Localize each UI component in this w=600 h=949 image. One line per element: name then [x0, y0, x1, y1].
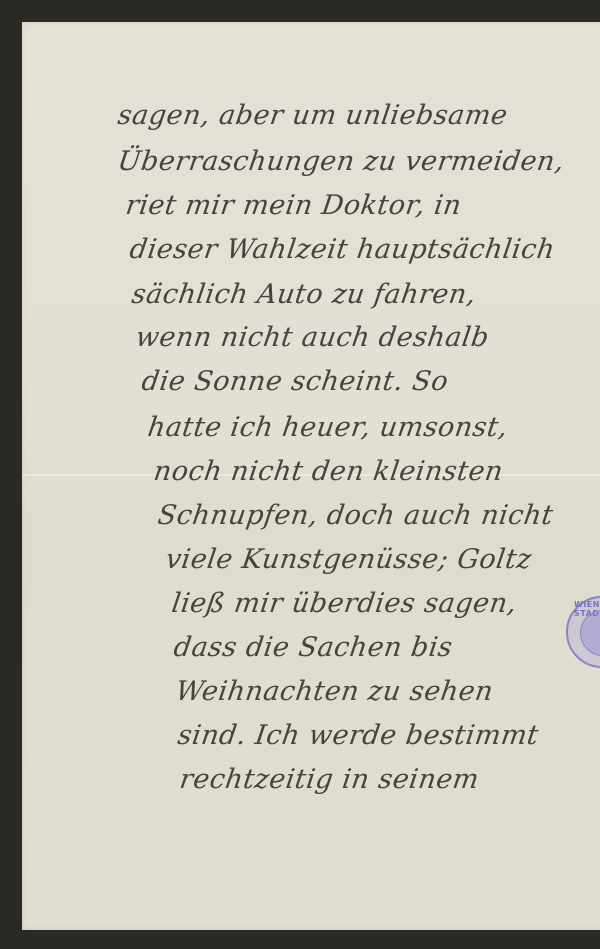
text-line: riet mir mein Doktor, in	[124, 190, 464, 221]
text-line: sagen, aber um unliebsame	[116, 100, 510, 131]
text-line: Schnupfen, doch auch nicht	[156, 500, 556, 531]
text-line: Weihnachten zu sehen	[174, 676, 495, 707]
text-line: hatte ich heuer, umsonst,	[146, 412, 510, 443]
text-line: sind. Ich werde bestimmt	[176, 720, 541, 751]
text-line: dass die Sachen bis	[172, 632, 455, 663]
text-line: ließ mir überdies sagen,	[170, 588, 519, 619]
text-line: noch nicht den kleinsten	[152, 456, 505, 487]
text-line: die Sonne scheint. So	[140, 366, 451, 397]
letter-page: sagen, aber um unliebsame Überraschungen…	[22, 22, 600, 930]
text-line: dieser Wahlzeit hauptsächlich	[128, 234, 557, 265]
text-line: sächlich Auto zu fahren,	[130, 279, 478, 310]
text-line: wenn nicht auch deshalb	[134, 322, 491, 353]
text-line: Überraschungen zu vermeiden,	[116, 146, 566, 177]
text-line: rechtzeitig in seinem	[178, 764, 481, 795]
text-line: viele Kunstgenüsse; Goltz	[164, 544, 534, 575]
